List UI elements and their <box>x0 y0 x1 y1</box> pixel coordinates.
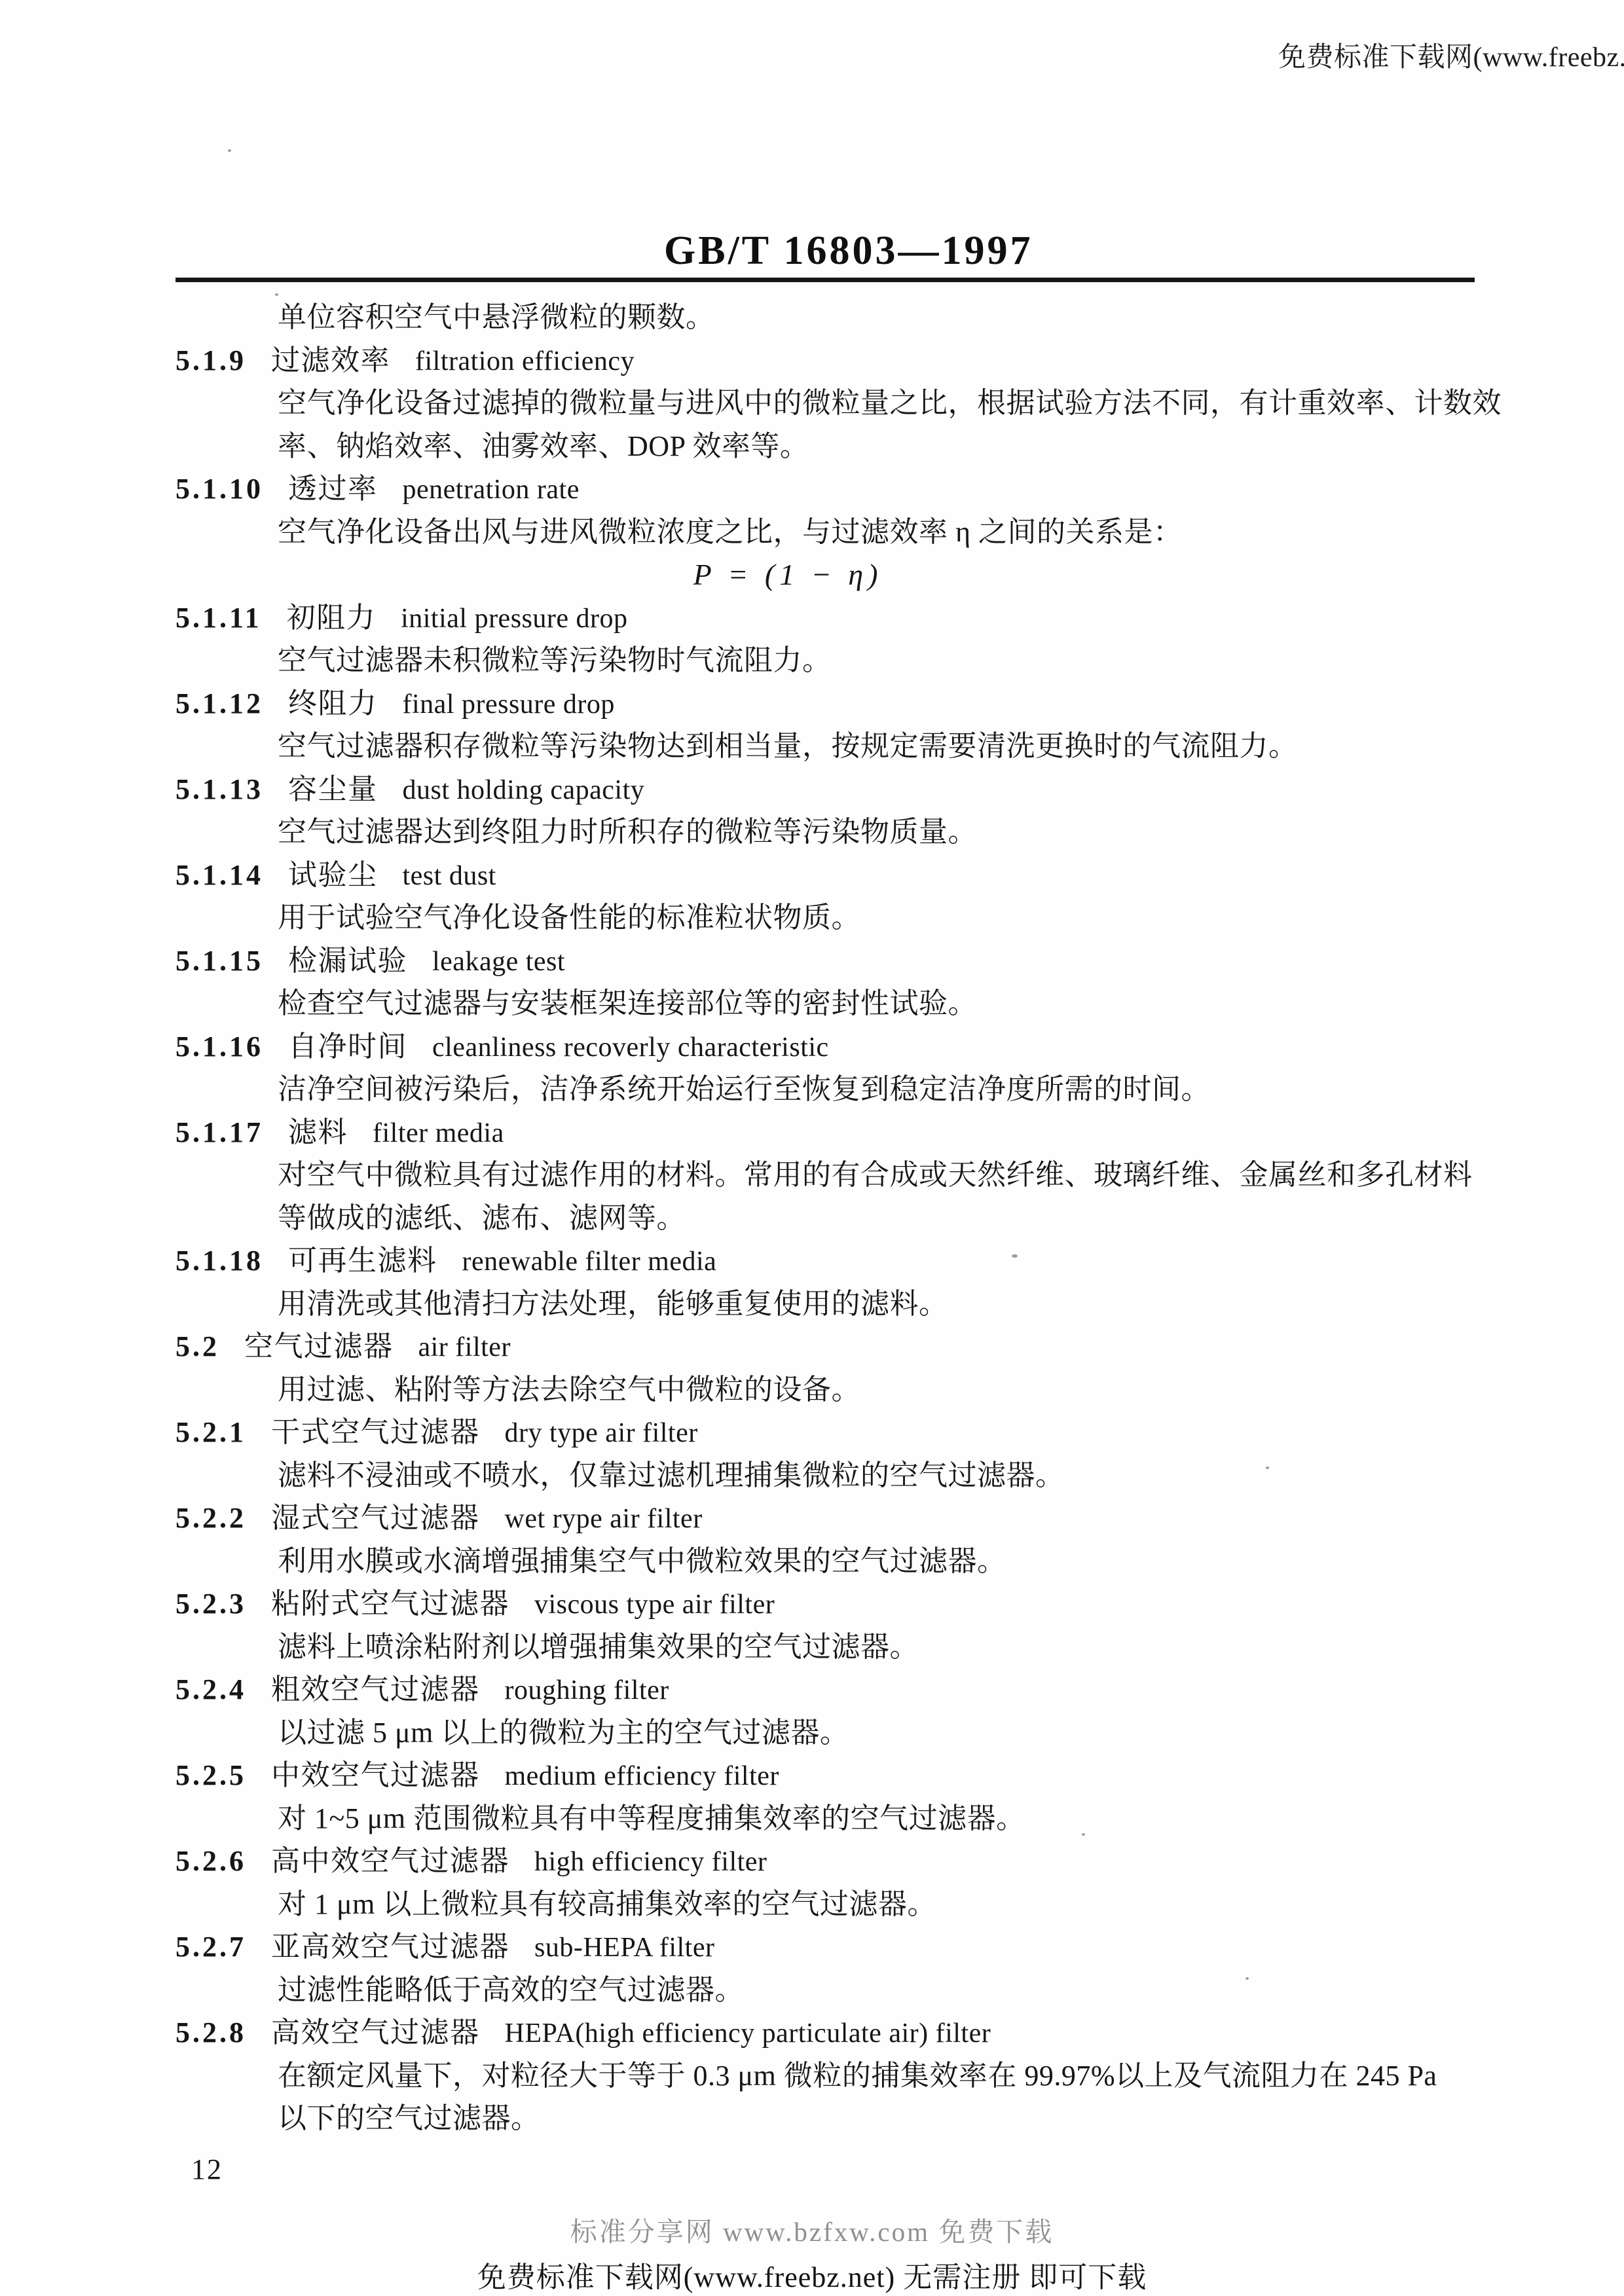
term-entry-row: 5.2.5中效空气过滤器medium efficiency filter <box>175 1754 1479 1797</box>
definition-line: 率、钠焰效率、油雾效率、DOP 效率等。 <box>175 425 1479 468</box>
definition-line: 以下的空气过滤器。 <box>175 2097 1479 2140</box>
term-entry-row: 5.2.3粘附式空气过滤器viscous type air filter <box>175 1582 1479 1626</box>
term-en: high efficiency filter <box>534 1847 767 1877</box>
definition-line: 在额定风量下，对粒径大于等于 0.3 μm 微粒的捕集效率在 99.97%以上及… <box>175 2054 1479 2098</box>
section-number: 5.1.13 <box>175 773 263 805</box>
definition-line: 滤料上喷涂粘附剂以增强捕集效果的空气过滤器。 <box>175 1626 1479 1669</box>
scan-speck <box>1012 1254 1018 1258</box>
term-en: viscous type air filter <box>534 1590 775 1620</box>
term-zh: 高中效空气过滤器 <box>271 1845 509 1877</box>
term-en: wet rype air filter <box>505 1504 703 1534</box>
definition-line: 用于试验空气净化设备性能的标准粒状物质。 <box>175 896 1479 939</box>
term-zh: 粘附式空气过滤器 <box>271 1588 509 1620</box>
section-number: 5.1.10 <box>175 473 263 505</box>
term-zh: 干式空气过滤器 <box>271 1416 480 1448</box>
term-entry-row: 5.1.11初阻力initial pressure drop <box>175 596 1479 640</box>
term-zh: 粗效空气过滤器 <box>271 1673 480 1705</box>
definition-line: 洁净空间被污染后，洁净系统开始运行至恢复到稳定洁净度所需的时间。 <box>175 1068 1479 1111</box>
term-entry-row: 5.1.12终阻力final pressure drop <box>175 682 1479 725</box>
term-entry-row: 5.1.16自净时间cleanliness recoverly characte… <box>175 1025 1479 1068</box>
definition-line: 单位容积空气中悬浮微粒的颗数。 <box>175 296 1479 339</box>
page-number: 12 <box>191 2153 223 2186</box>
term-zh: 亚高效空气过滤器 <box>271 1931 509 1963</box>
definition-line: 用清洗或其他清扫方法处理，能够重复使用的滤料。 <box>175 1283 1479 1326</box>
term-entry-row: 5.1.13容尘量dust holding capacity <box>175 768 1479 811</box>
section-number: 5.1.16 <box>175 1030 263 1063</box>
scan-speck <box>228 149 231 152</box>
scan-speck <box>1246 1977 1249 1980</box>
term-zh: 透过率 <box>288 473 378 505</box>
term-en: test dust <box>403 861 496 891</box>
definition-line: 检查空气过滤器与安装框架连接部位等的密封性试验。 <box>175 982 1479 1025</box>
section-number: 5.2.1 <box>175 1416 246 1448</box>
definition-line: 滤料不浸油或不喷水，仅靠过滤机理捕集微粒的空气过滤器。 <box>175 1454 1479 1497</box>
definition-line: 以过滤 5 μm 以上的微粒为主的空气过滤器。 <box>175 1711 1479 1755</box>
section-number: 5.2.4 <box>175 1673 246 1705</box>
section-number: 5.1.12 <box>175 687 263 720</box>
term-zh: 检漏试验 <box>288 945 407 977</box>
term-en: cleanliness recoverly characteristic <box>432 1032 829 1063</box>
term-en: dry type air filter <box>505 1418 698 1448</box>
term-en: penetration rate <box>403 475 580 505</box>
term-entry-row: 5.2.7亚高效空气过滤器sub-HEPA filter <box>175 1925 1479 1969</box>
section-number: 5.2.7 <box>175 1931 246 1963</box>
header-rule <box>175 278 1475 282</box>
definition-line: 空气过滤器未积微粒等污染物时气流阻力。 <box>175 639 1479 682</box>
scan-speck <box>1082 1833 1085 1836</box>
term-en: final pressure drop <box>403 689 615 720</box>
definition-line: 用过滤、粘附等方法去除空气中微粒的设备。 <box>175 1368 1479 1412</box>
doc-code: GB/T 16803—1997 <box>664 228 1033 274</box>
term-en: initial pressure drop <box>401 604 627 634</box>
term-zh: 初阻力 <box>287 602 377 634</box>
term-zh: 滤料 <box>288 1116 348 1148</box>
term-zh: 空气过滤器 <box>244 1330 394 1362</box>
section-number: 5.2.5 <box>175 1759 246 1791</box>
watermark-header: 免费标准下载网(www.freebz.net) <box>1278 35 1624 75</box>
footer-download-line: 免费标准下载网(www.freebz.net) 无需注册 即可下载 <box>0 2253 1624 2295</box>
term-en: HEPA(high efficiency particulate air) fi… <box>505 2018 991 2049</box>
term-zh: 试验尘 <box>288 859 378 891</box>
section-number: 5.2.2 <box>175 1502 246 1534</box>
definition-line: 利用水膜或水滴增强捕集空气中微粒效果的空气过滤器。 <box>175 1540 1479 1583</box>
term-entry-row: 5.1.15检漏试验leakage test <box>175 939 1479 983</box>
definition-line: 等做成的滤纸、滤布、滤网等。 <box>175 1197 1479 1240</box>
term-entry-row: 5.2.8高效空气过滤器HEPA(high efficiency particu… <box>175 2011 1479 2054</box>
term-entry-row: 5.2.2湿式空气过滤器wet rype air filter <box>175 1497 1479 1540</box>
term-en: sub-HEPA filter <box>534 1933 714 1963</box>
term-en: filter media <box>373 1118 504 1148</box>
footer-share-line: 标准分享网 www.bzfxw.com 免费下载 <box>0 2210 1624 2249</box>
section-number: 5.1.18 <box>175 1245 263 1277</box>
document-page: 免费标准下载网(www.freebz.net) GB/T 16803—1997 … <box>0 0 1624 2296</box>
term-zh: 高效空气过滤器 <box>271 2016 480 2049</box>
term-zh: 中效空气过滤器 <box>271 1759 480 1791</box>
section-number: 5.1.9 <box>175 344 246 376</box>
term-zh: 终阻力 <box>288 687 378 720</box>
term-entry-row: 5.2空气过滤器air filter <box>175 1325 1479 1368</box>
term-entry-row: 5.2.1干式空气过滤器dry type air filter <box>175 1411 1479 1454</box>
scan-speck <box>1266 1467 1269 1469</box>
section-number: 5.2.8 <box>175 2016 246 2049</box>
definition-line: 过滤性能略低于高效的空气过滤器。 <box>175 1969 1479 2012</box>
section-number: 5.2.3 <box>175 1588 246 1620</box>
definition-line: 空气过滤器达到终阻力时所积存的微粒等污染物质量。 <box>175 811 1479 854</box>
term-entry-row: 5.1.17滤料filter media <box>175 1111 1479 1154</box>
term-zh: 自净时间 <box>288 1030 407 1063</box>
section-number: 5.1.15 <box>175 945 263 977</box>
term-en: filtration efficiency <box>415 346 635 376</box>
section-number: 5.1.17 <box>175 1116 263 1148</box>
term-en: medium efficiency filter <box>505 1761 779 1791</box>
definition-line: 对 1~5 μm 范围微粒具有中等程度捕集效率的空气过滤器。 <box>175 1797 1479 1840</box>
definition-line: 对空气中微粒具有过滤作用的材料。常用的有合成或天然纤维、玻璃纤维、金属丝和多孔材… <box>175 1154 1479 1197</box>
definition-line: 空气净化设备过滤掉的微粒量与进风中的微粒量之比，根据试验方法不同，有计重效率、计… <box>175 382 1479 425</box>
term-en: renewable filter media <box>462 1247 717 1277</box>
formula-line: P = (1 − η) <box>175 553 1479 596</box>
term-entry-row: 5.1.14试验尘test dust <box>175 854 1479 897</box>
document-body: 单位容积空气中悬浮微粒的颗数。5.1.9过滤效率filtration effic… <box>175 296 1479 2140</box>
scan-speck <box>275 293 278 296</box>
section-number: 5.2 <box>175 1330 219 1362</box>
term-entry-row: 5.1.9过滤效率filtration efficiency <box>175 339 1479 382</box>
definition-line: 对 1 μm 以上微粒具有较高捕集效率的空气过滤器。 <box>175 1883 1479 1926</box>
term-zh: 湿式空气过滤器 <box>271 1502 480 1534</box>
term-entry-row: 5.1.18可再生滤料renewable filter media <box>175 1239 1479 1283</box>
section-number: 5.2.6 <box>175 1845 246 1877</box>
term-zh: 容尘量 <box>288 773 378 805</box>
definition-line: 空气过滤器积存微粒等污染物达到相当量，按规定需要清洗更换时的气流阻力。 <box>175 725 1479 768</box>
term-en: roughing filter <box>505 1675 669 1705</box>
term-entry-row: 5.2.4粗效空气过滤器roughing filter <box>175 1668 1479 1711</box>
term-en: leakage test <box>432 947 565 977</box>
term-entry-row: 5.1.10透过率penetration rate <box>175 467 1479 511</box>
term-entry-row: 5.2.6高中效空气过滤器high efficiency filter <box>175 1840 1479 1883</box>
section-number: 5.1.11 <box>175 602 262 634</box>
definition-line: 空气净化设备出风与进风微粒浓度之比，与过滤效率 η 之间的关系是： <box>175 511 1479 554</box>
term-zh: 可再生滤料 <box>288 1245 437 1277</box>
term-zh: 过滤效率 <box>271 344 390 376</box>
term-en: air filter <box>418 1332 511 1362</box>
section-number: 5.1.14 <box>175 859 263 891</box>
term-en: dust holding capacity <box>403 775 645 805</box>
